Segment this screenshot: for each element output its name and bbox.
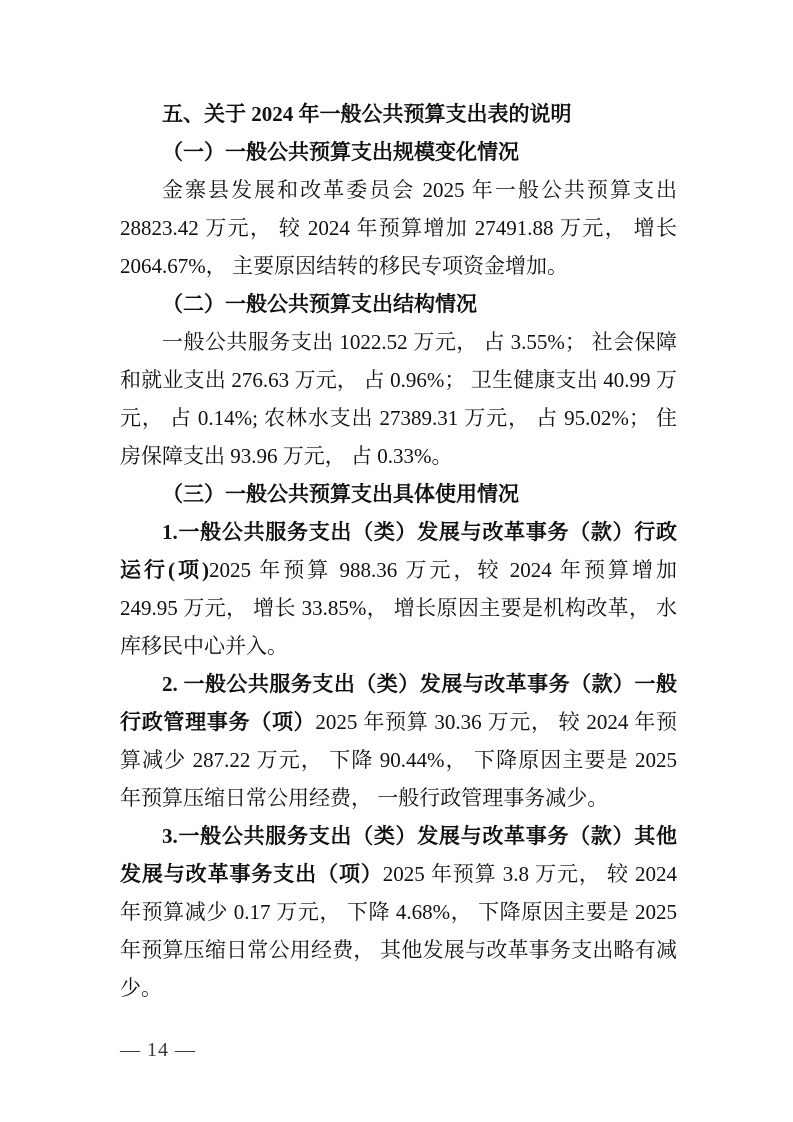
section-3-item-1: 1.一般公共服务支出（类）发展与改革事务（款）行政运行(项)2025 年预算 9… bbox=[120, 513, 677, 665]
section-3-item-2: 2. 一般公共服务支出（类）发展与改革事务（款）一般行政管理事务（项）2025 … bbox=[120, 665, 677, 817]
section-1-heading: （一）一般公共预算支出规模变化情况 bbox=[120, 133, 677, 171]
section-2-body: 一般公共服务支出 1022.52 万元， 占 3.55%； 社会保障和就业支出 … bbox=[120, 323, 677, 475]
section-3-item-3: 3.一般公共服务支出（类）发展与改革事务（款）其他发展与改革事务支出（项）202… bbox=[120, 817, 677, 1007]
doc-title: 五、关于 2024 年一般公共预算支出表的说明 bbox=[120, 95, 677, 133]
section-2-heading: （二）一般公共预算支出结构情况 bbox=[120, 285, 677, 323]
document-body: 五、关于 2024 年一般公共预算支出表的说明 （一）一般公共预算支出规模变化情… bbox=[120, 95, 677, 1007]
section-1-body: 金寨县发展和改革委员会 2025 年一般公共预算支出 28823.42 万元， … bbox=[120, 171, 677, 285]
section-3-heading: （三）一般公共预算支出具体使用情况 bbox=[120, 475, 677, 513]
page-number: — 14 — bbox=[120, 1038, 196, 1062]
document-page: 五、关于 2024 年一般公共预算支出表的说明 （一）一般公共预算支出规模变化情… bbox=[0, 0, 793, 1122]
